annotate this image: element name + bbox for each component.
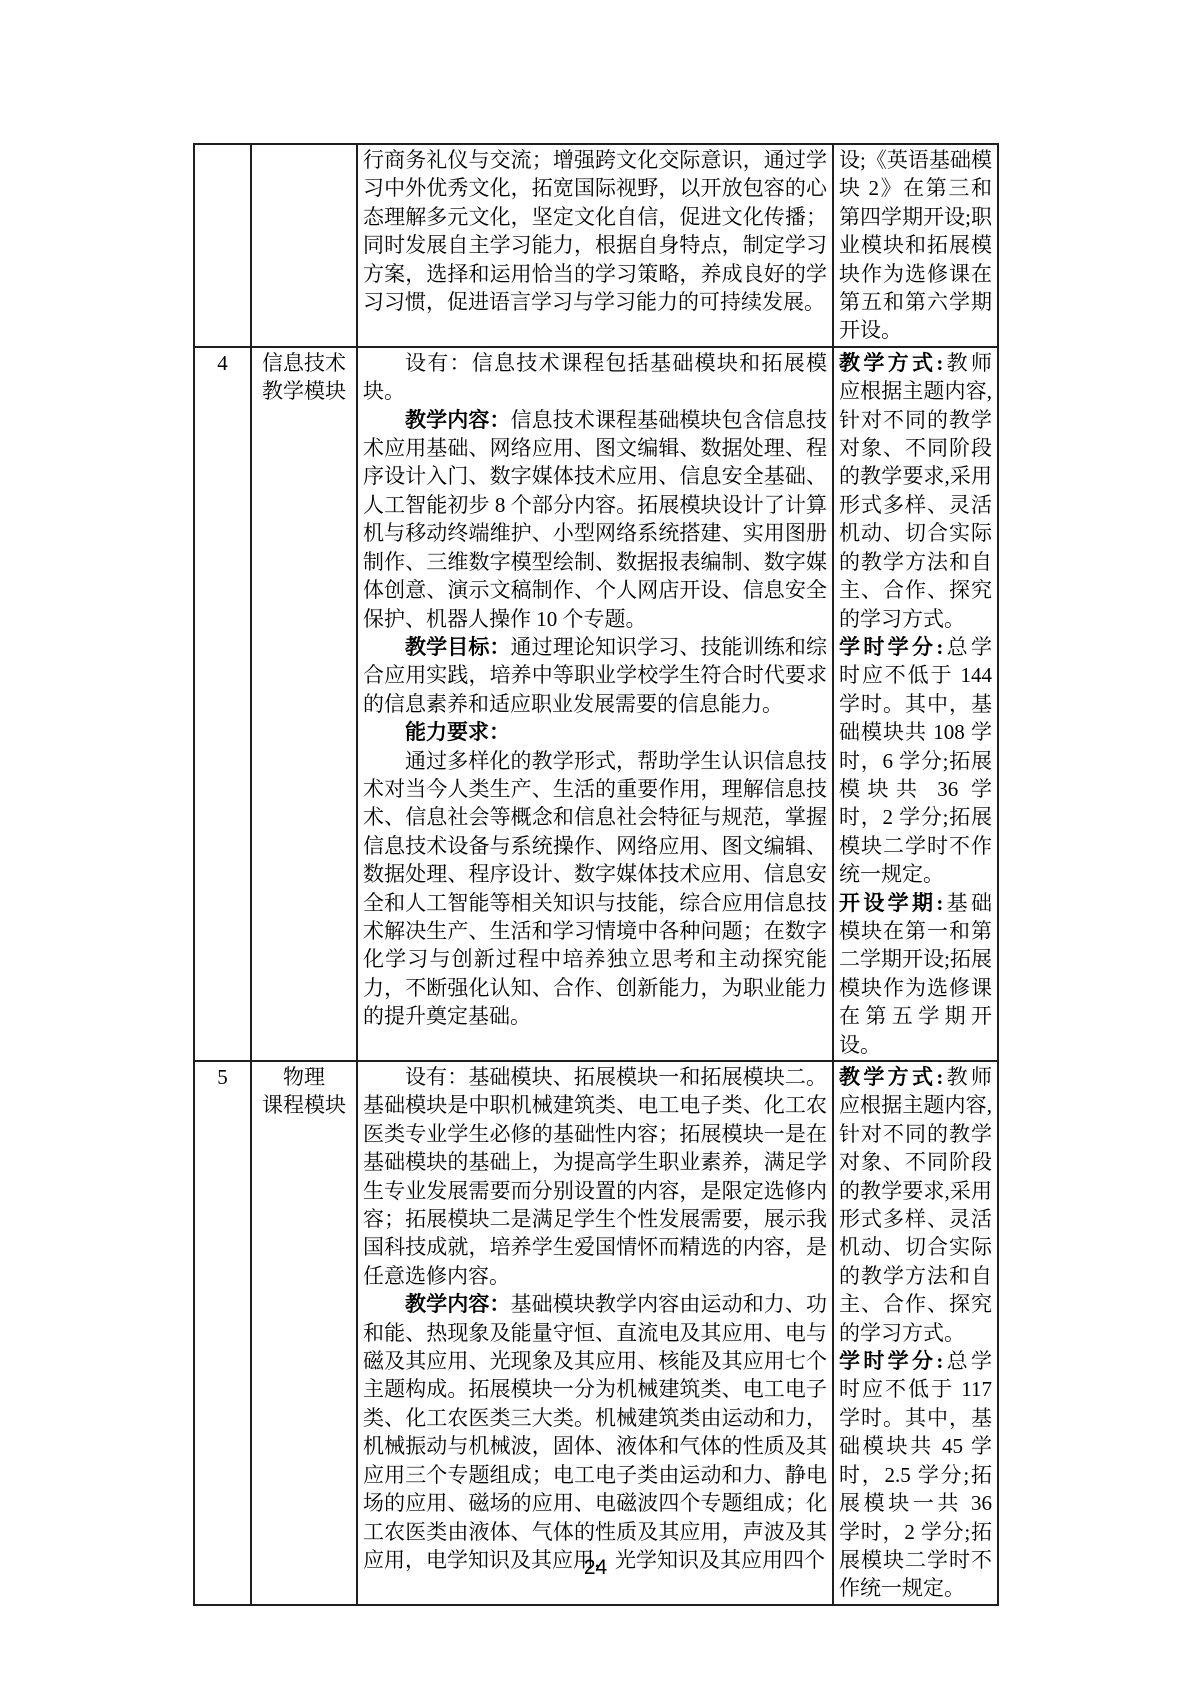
paragraph-label: 开设学期: <box>839 891 943 915</box>
module-description: 设有：信息技术课程包括基础模块和拓展模块。教学内容：信息技术课程基础模块包含信息… <box>363 349 827 1031</box>
module-description-cell: 行商务礼仪与交流；增强跨文化交际意识，通过学习中外优秀文化，拓宽国际视野，以开放… <box>357 144 833 347</box>
table-row-module-4: 4 信息技术 教学模块 设有：信息技术课程包括基础模块和拓展模块。教学内容：信息… <box>194 347 998 1061</box>
module-name-line: 教学模块 <box>257 377 351 405</box>
paragraph: 设有：信息技术课程包括基础模块和拓展模块。 <box>363 349 827 406</box>
paragraph: 教学目标：通过理论知识学习、技能训练和综合应用实践，培养中等职业学校学生符合时代… <box>363 633 827 718</box>
paragraph-label: 教学方式: <box>839 1065 943 1089</box>
paragraph: 设;《英语基础模块 2》在第三和第四学期开设;职业模块和拓展模块作为选修课在第五… <box>839 146 992 345</box>
paragraph: 行商务礼仪与交流；增强跨文化交际意识，通过学习中外优秀文化，拓宽国际视野，以开放… <box>363 146 827 316</box>
module-notes-cell: 设;《英语基础模块 2》在第三和第四学期开设;职业模块和拓展模块作为选修课在第五… <box>833 144 998 347</box>
row-number-cell: 5 <box>194 1061 251 1605</box>
table-row-module-5: 5 物理 课程模块 设有：基础模块、拓展模块一和拓展模块二。基础模块是中职机械建… <box>194 1061 998 1605</box>
table-row-continuation: 行商务礼仪与交流；增强跨文化交际意识，通过学习中外优秀文化，拓宽国际视野，以开放… <box>194 144 998 347</box>
row-number-cell <box>194 144 251 347</box>
paragraph: 能力要求： <box>363 718 827 746</box>
paragraph: 通过多样化的教学形式，帮助学生认识信息技术对当今人类生产、生活的重要作用，理解信… <box>363 747 827 1031</box>
paragraph: 开设学期:基础模块在第一和第二学期开设;拓展模块作为选修课在第五学期开设。 <box>839 889 992 1059</box>
paragraph: 教学方式:教师应根据主题内容,针对不同的教学对象、不同阶段的教学要求,采用形式多… <box>839 1063 992 1347</box>
module-notes: 设;《英语基础模块 2》在第三和第四学期开设;职业模块和拓展模块作为选修课在第五… <box>839 146 992 345</box>
module-description: 行商务礼仪与交流；增强跨文化交际意识，通过学习中外优秀文化，拓宽国际视野，以开放… <box>363 146 827 316</box>
paragraph: 学时学分:总学时应不低于 144 学时。其中，基础模块共 108 学时，6 学分… <box>839 633 992 889</box>
row-number: 4 <box>217 351 228 375</box>
paragraph: 教学方式:教师应根据主题内容,针对不同的教学对象、不同阶段的教学要求,采用形式多… <box>839 349 992 633</box>
module-name-cell <box>251 144 357 347</box>
module-description: 设有：基础模块、拓展模块一和拓展模块二。基础模块是中职机械建筑类、电工电子类、化… <box>363 1063 827 1574</box>
module-notes: 教学方式:教师应根据主题内容,针对不同的教学对象、不同阶段的教学要求,采用形式多… <box>839 1063 992 1603</box>
module-name-cell: 信息技术 教学模块 <box>251 347 357 1061</box>
paragraph-label: 学时学分: <box>839 635 943 659</box>
paragraph-label: 学时学分: <box>839 1349 943 1373</box>
module-notes: 教学方式:教师应根据主题内容,针对不同的教学对象、不同阶段的教学要求,采用形式多… <box>839 349 992 1059</box>
page-number: 24 <box>0 1556 1191 1580</box>
paragraph-label: 能力要求： <box>405 720 510 744</box>
paragraph-label: 教学方式: <box>839 351 943 375</box>
module-notes-cell: 教学方式:教师应根据主题内容,针对不同的教学对象、不同阶段的教学要求,采用形式多… <box>833 347 998 1061</box>
paragraph: 教学内容：基础模块教学内容由运动和力、功和能、热现象及能量守恒、直流电及其应用、… <box>363 1290 827 1574</box>
module-name-line: 物理 <box>257 1063 351 1091</box>
paragraph: 设有：基础模块、拓展模块一和拓展模块二。基础模块是中职机械建筑类、电工电子类、化… <box>363 1063 827 1290</box>
module-name-line: 课程模块 <box>257 1091 351 1119</box>
module-description-cell: 设有：信息技术课程包括基础模块和拓展模块。教学内容：信息技术课程基础模块包含信息… <box>357 347 833 1061</box>
module-description-cell: 设有：基础模块、拓展模块一和拓展模块二。基础模块是中职机械建筑类、电工电子类、化… <box>357 1061 833 1605</box>
document-page: 行商务礼仪与交流；增强跨文化交际意识，通过学习中外优秀文化，拓宽国际视野，以开放… <box>0 0 1191 1684</box>
row-number: 5 <box>217 1065 228 1089</box>
paragraph-label: 教学内容： <box>405 1292 511 1316</box>
paragraph-label: 教学目标： <box>405 635 511 659</box>
row-number-cell: 4 <box>194 347 251 1061</box>
paragraph-label: 教学内容： <box>405 408 511 432</box>
course-modules-table: 行商务礼仪与交流；增强跨文化交际意识，通过学习中外优秀文化，拓宽国际视野，以开放… <box>193 143 999 1606</box>
module-name-cell: 物理 课程模块 <box>251 1061 357 1605</box>
module-notes-cell: 教学方式:教师应根据主题内容,针对不同的教学对象、不同阶段的教学要求,采用形式多… <box>833 1061 998 1605</box>
paragraph: 教学内容：信息技术课程基础模块包含信息技术应用基础、网络应用、图文编辑、数据处理… <box>363 406 827 633</box>
module-name-line: 信息技术 <box>257 349 351 377</box>
